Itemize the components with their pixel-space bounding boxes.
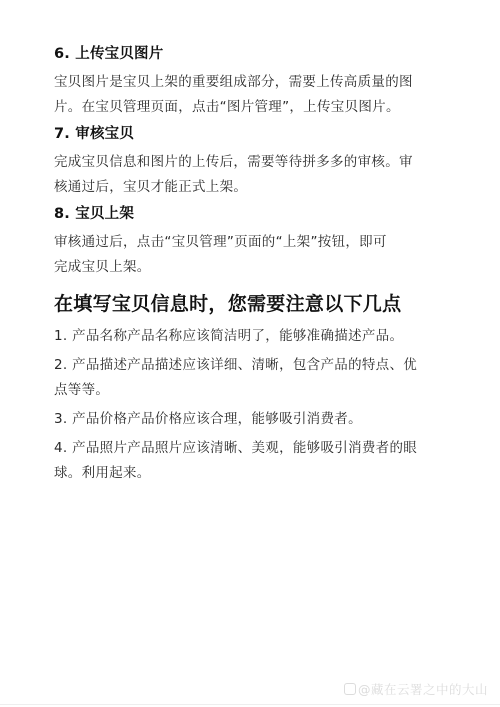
list-item-line: 1. 产品名称产品名称应该简洁明了，能够准确描述产品。	[54, 324, 454, 349]
paragraph-line: 完成宝贝信息和图片的上传后，需要等待拼多多的审核。审	[54, 150, 454, 175]
notes-list: 1. 产品名称产品名称应该简洁明了，能够准确描述产品。 2. 产品描述产品描述应…	[54, 324, 454, 486]
section-paragraph: 宝贝图片是宝贝上架的重要组成部分，需要上传高质量的图 片。在宝贝管理页面，点击“…	[54, 70, 454, 120]
section-heading: 7. 审核宝贝	[54, 124, 454, 144]
paragraph-line: 片。在宝贝管理页面，点击“图片管理”，上传宝贝图片。	[54, 95, 454, 120]
watermark-text: @藏在云署之中的大山	[358, 680, 488, 698]
section-heading: 6. 上传宝贝图片	[54, 44, 454, 64]
document-page: 6. 上传宝贝图片 宝贝图片是宝贝上架的重要组成部分，需要上传高质量的图 片。在…	[0, 0, 500, 707]
section-review: 7. 审核宝贝 完成宝贝信息和图片的上传后，需要等待拼多多的审核。审 核通过后，…	[54, 124, 454, 200]
section-heading: 8. 宝贝上架	[54, 204, 454, 224]
bottom-divider	[0, 704, 500, 705]
section-upload-images: 6. 上传宝贝图片 宝贝图片是宝贝上架的重要组成部分，需要上传高质量的图 片。在…	[54, 44, 454, 120]
article-content: 6. 上传宝贝图片 宝贝图片是宝贝上架的重要组成部分，需要上传高质量的图 片。在…	[54, 44, 454, 490]
list-item: 2. 产品描述产品描述应该详细、清晰，包含产品的特点、优 点等等。	[54, 353, 454, 403]
paragraph-line: 完成宝贝上架。	[54, 255, 454, 280]
paragraph-line: 核通过后，宝贝才能正式上架。	[54, 175, 454, 200]
list-item-line: 4. 产品照片产品照片应该清晰、美观，能够吸引消费者的眼	[54, 436, 454, 461]
list-item-line: 点等等。	[54, 378, 454, 403]
list-item-line: 球。利用起来。	[54, 461, 454, 486]
paragraph-line: 宝贝图片是宝贝上架的重要组成部分，需要上传高质量的图	[54, 70, 454, 95]
watermark: @藏在云署之中的大山	[344, 680, 488, 698]
notes-title: 在填写宝贝信息时，您需要注意以下几点	[54, 290, 454, 318]
platform-logo-icon	[344, 683, 356, 695]
section-listing: 8. 宝贝上架 审核通过后，点击“宝贝管理”页面的“上架”按钮，即可 完成宝贝上…	[54, 204, 454, 280]
list-item: 1. 产品名称产品名称应该简洁明了，能够准确描述产品。	[54, 324, 454, 349]
list-item-line: 2. 产品描述产品描述应该详细、清晰，包含产品的特点、优	[54, 353, 454, 378]
section-paragraph: 审核通过后，点击“宝贝管理”页面的“上架”按钮，即可 完成宝贝上架。	[54, 230, 454, 280]
list-item: 4. 产品照片产品照片应该清晰、美观，能够吸引消费者的眼 球。利用起来。	[54, 436, 454, 486]
paragraph-line: 审核通过后，点击“宝贝管理”页面的“上架”按钮，即可	[54, 230, 454, 255]
section-paragraph: 完成宝贝信息和图片的上传后，需要等待拼多多的审核。审 核通过后，宝贝才能正式上架…	[54, 150, 454, 200]
list-item: 3. 产品价格产品价格应该合理，能够吸引消费者。	[54, 407, 454, 432]
list-item-line: 3. 产品价格产品价格应该合理，能够吸引消费者。	[54, 407, 454, 432]
